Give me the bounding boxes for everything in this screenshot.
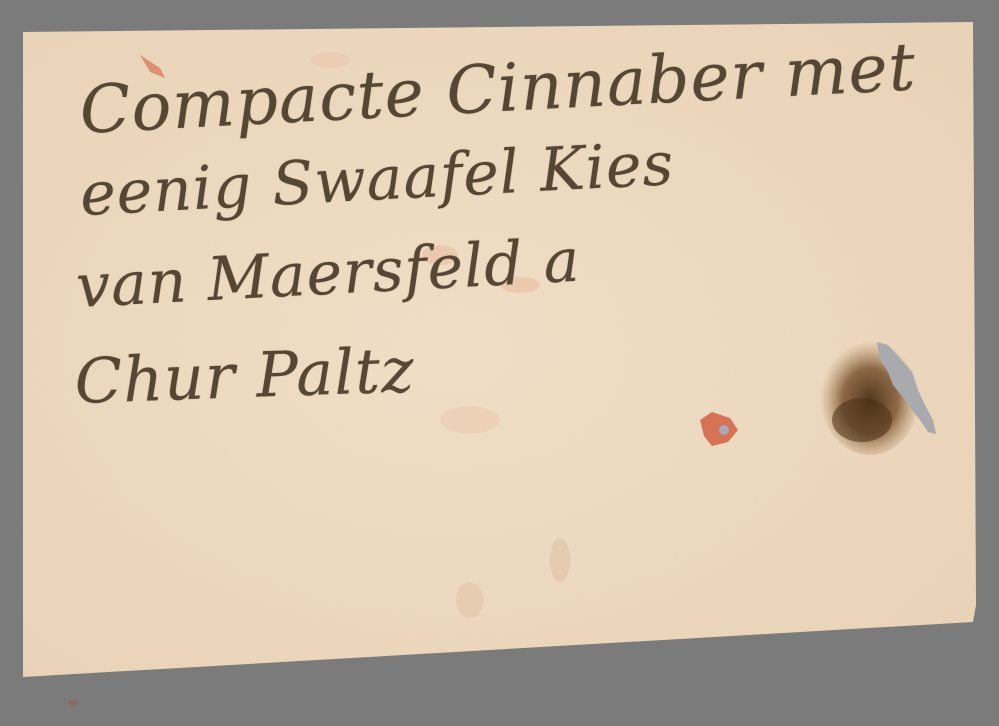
specimen-label-paper: Compacte Cinnaber met eenig Swaafel Kies… xyxy=(0,0,999,726)
handwriting-line-4: Chur Paltz xyxy=(73,333,415,418)
